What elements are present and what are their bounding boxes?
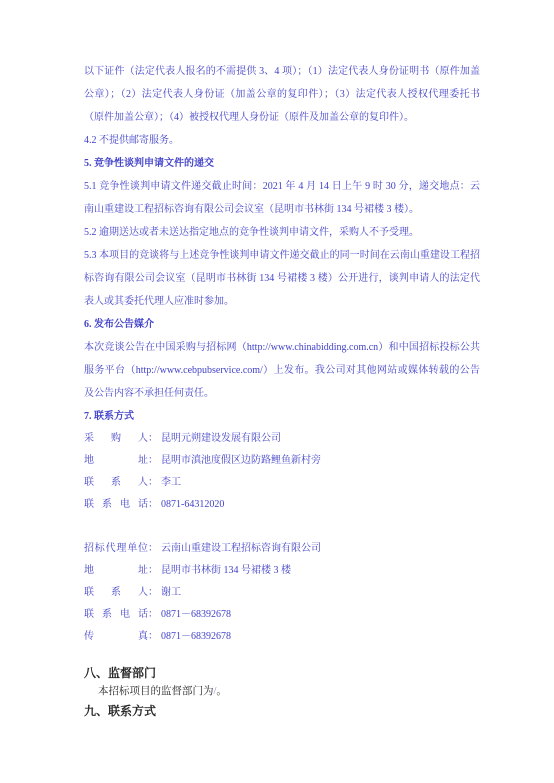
cebpubservice-url: http://www.cebpubservice.com/ [136, 365, 263, 376]
address-value: 昆明市滇池度假区边防路鲤鱼新村旁 [161, 455, 321, 466]
supervision-period: 。 [216, 686, 227, 697]
contact-row-purchaser-phone: 联系电话：0871-64312020 [84, 494, 480, 516]
phone-label: 联系电话 [84, 494, 148, 516]
contact-row-purchaser-address: 地址：昆明市滇池度假区边防路鲤鱼新村旁 [84, 450, 480, 472]
agency-label: 招标代理单位 [84, 538, 148, 560]
fax-value: 0871－68392678 [161, 631, 231, 642]
contact-row-purchaser: 采购人：昆明元朔建设发展有限公司 [84, 428, 480, 450]
agency-contact-block: 招标代理单位：云南山重建设工程招标咨询有限公司 地址：昆明市书林街 134 号裙… [84, 538, 480, 648]
section-9-heading: 九、联系方式 [84, 702, 480, 721]
address-value: 昆明市书林街 134 号裙楼 3 楼 [161, 565, 291, 576]
purchaser-contact-block: 采购人：昆明元朔建设发展有限公司 地址：昆明市滇池度假区边防路鲤鱼新村旁 联系人… [84, 428, 480, 516]
contact-colon: ： [148, 582, 158, 604]
phone-value: 0871－68392678 [161, 609, 231, 620]
address-label: 地址 [84, 450, 148, 472]
contact-colon: ： [148, 538, 158, 560]
purchaser-label: 采购人 [84, 428, 148, 450]
paragraph-5-3-opening-meeting: 5.3 本项目的竞谈将与上述竞争性谈判申请文件递交截止的同一时间在云南山重建设工… [84, 244, 480, 313]
phone-value: 0871-64312020 [161, 499, 224, 510]
contact-row-purchaser-person: 联系人：李工 [84, 472, 480, 494]
paragraph-certificates: 以下证件（法定代表人报名的不需提供 3、4 项）；（1）法定代表人身份证明书（原… [84, 60, 480, 129]
contact-colon: ： [148, 626, 158, 648]
paragraph-no-mail-service: 4.2 不提供邮寄服务。 [84, 129, 480, 152]
contact-row-agency-fax: 传真：0871－68392678 [84, 626, 480, 648]
paragraph-5-1-submission-deadline: 5.1 竞争性谈判申请文件递交截止时间：2021 年 4 月 14 日上午 9 … [84, 175, 480, 221]
contact-colon: ： [148, 450, 158, 472]
supervision-line: 本招标项目的监督部门为/。 [98, 683, 480, 700]
section-7-heading: 7. 联系方式 [84, 405, 480, 428]
address-label: 地址 [84, 560, 148, 582]
section-8-heading: 八、监督部门 [84, 664, 480, 683]
contact-person-value: 谢工 [161, 587, 181, 598]
fax-label: 传真 [84, 626, 148, 648]
contact-colon: ： [148, 472, 158, 494]
contact-row-agency: 招标代理单位：云南山重建设工程招标咨询有限公司 [84, 538, 480, 560]
contact-colon: ： [148, 604, 158, 626]
contact-colon: ： [148, 560, 158, 582]
paragraph-5-2-late-delivery: 5.2 逾期送达或者未送达指定地点的竞争性谈判申请文件，采购人不予受理。 [84, 221, 480, 244]
contact-colon: ： [148, 494, 158, 516]
contact-person-label: 联系人 [84, 472, 148, 494]
purchaser-value: 昆明元朔建设发展有限公司 [161, 433, 281, 444]
section-6-heading: 6. 发布公告媒介 [84, 313, 480, 336]
supervision-text: 本招标项目的监督部门为 [98, 686, 214, 697]
contact-colon: ： [148, 428, 158, 450]
supervision-section: 八、监督部门 本招标项目的监督部门为/。 九、联系方式 [84, 664, 480, 721]
contact-person-label: 联系人 [84, 582, 148, 604]
section-5-heading: 5. 竞争性谈判申请文件的递交 [84, 152, 480, 175]
agency-value: 云南山重建设工程招标咨询有限公司 [161, 543, 321, 554]
contact-person-value: 李工 [161, 477, 181, 488]
contact-row-agency-address: 地址：昆明市书林街 134 号裙楼 3 楼 [84, 560, 480, 582]
contact-row-agency-person: 联系人：谢工 [84, 582, 480, 604]
media-text-pre: 本次竞谈公告在中国采购与招标网（ [84, 342, 247, 353]
chinabidding-url: http://www.chinabidding.com.cn [247, 342, 378, 353]
contact-row-agency-phone: 联系电话：0871－68392678 [84, 604, 480, 626]
document-page: 以下证件（法定代表人报名的不需提供 3、4 项）；（1）法定代表人身份证明书（原… [0, 0, 554, 783]
phone-label: 联系电话 [84, 604, 148, 626]
paragraph-announcement-media: 本次竞谈公告在中国采购与招标网（http://www.chinabidding.… [84, 336, 480, 405]
